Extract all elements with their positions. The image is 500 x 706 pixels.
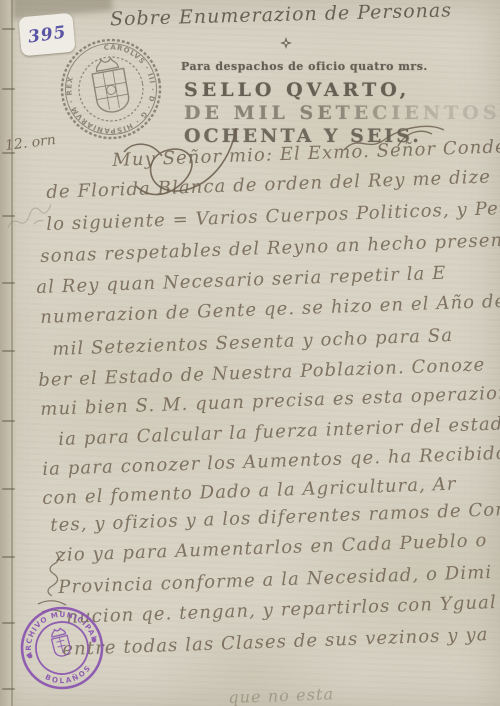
- stitch-mark: [2, 622, 15, 624]
- body-line-partial: que no esta: [228, 684, 334, 706]
- binding-crease: [11, 0, 13, 706]
- printed-ornament-icon: [280, 37, 292, 49]
- stitch-mark: [2, 28, 15, 30]
- body-line: al Rey quan Necesario seria repetir la E: [36, 263, 447, 298]
- stitch-mark: [2, 88, 15, 90]
- body-line: mil Setezientos Sesenta y ocho para Sa: [52, 325, 453, 360]
- body-line: de Florida Blanca de orden del Rey me di…: [46, 166, 491, 203]
- body-line: nucion qe. tengan, y repartirlos con Ygu…: [66, 592, 497, 628]
- printed-seal-line-1: SELLO QVARTO,: [184, 79, 410, 101]
- document-title: Sobre Enumerazion de Personas: [110, 0, 440, 30]
- stitch-mark: [2, 688, 15, 690]
- body-line: sonas respetables del Reyno an hecho pre…: [40, 229, 500, 267]
- manuscript-page: 395 Sobre Enumerazion de Personas CAROLV…: [0, 0, 500, 706]
- body-line: lo siguiente = Varios Cuerpos Politicos,…: [46, 198, 500, 235]
- archive-stamp-shield: [49, 627, 71, 658]
- body-line: numerazion de Gente qe. se hizo en el Añ…: [40, 291, 500, 328]
- stitch-mark: [2, 420, 15, 422]
- body-line: zio ya para Aumentarlos en Cada Pueblo o: [56, 530, 488, 566]
- archive-stamp: ARCHIVO MUNICIPAL BOLAÑOS: [16, 602, 108, 694]
- stitch-mark: [2, 556, 15, 558]
- body-line: Provincia conforme a la Necesidad, o Dim…: [58, 562, 493, 598]
- stitch-mark: [2, 350, 15, 352]
- stitch-mark: [2, 282, 15, 284]
- stitch-mark: [2, 488, 15, 490]
- printed-tax-header: Para despachos de oficio quatro mrs.: [181, 60, 411, 73]
- body-line: entre todas las Clases de sus vezinos y …: [62, 624, 489, 660]
- binding-edge: [0, 0, 17, 706]
